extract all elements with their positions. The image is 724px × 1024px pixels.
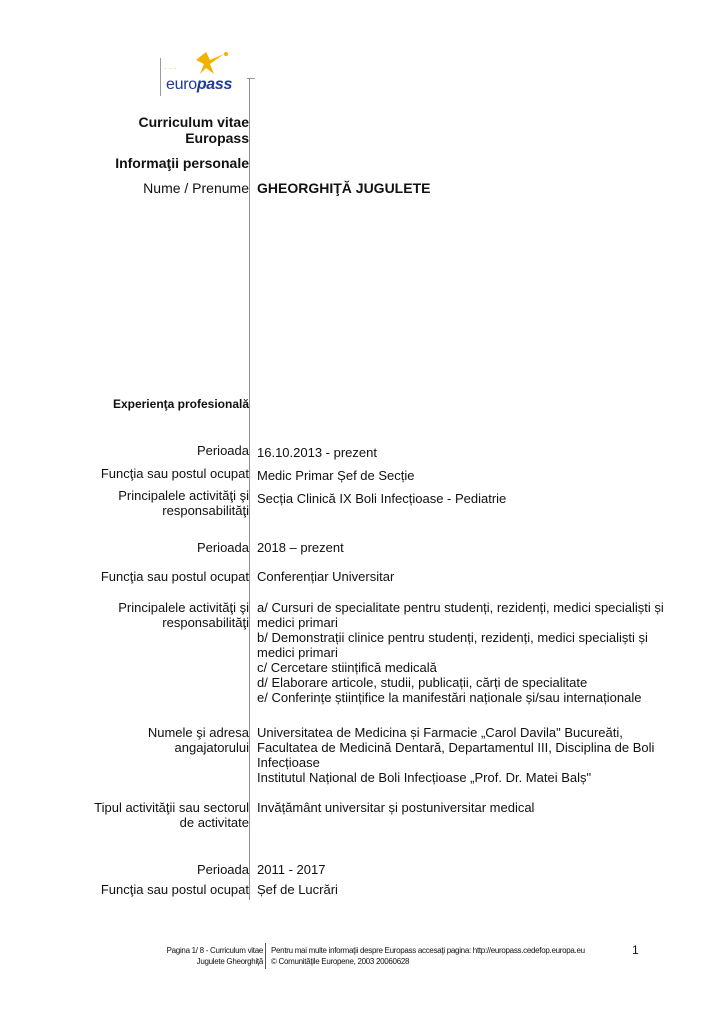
period-value: 16.10.2013 - prezent (257, 445, 687, 460)
cv-title: Curriculum vitae (139, 114, 249, 130)
europass-logo: · · · europass (160, 50, 255, 95)
position-value: Conferențiar Universitar (257, 569, 687, 584)
employer-line: Facultatea de Medicină Dentară, Departam… (257, 740, 677, 770)
logo-text: europass (166, 76, 232, 94)
activities-label: responsabilităţi (162, 503, 249, 518)
employer-label: angajatorului (175, 740, 249, 755)
sector-value: Invățământ universitar și postuniversita… (257, 800, 687, 815)
footer-divider (265, 943, 266, 969)
position-label: Funcţia sau postul ocupat (101, 569, 249, 584)
footer-europass-link: Pentru mai multe informaţii despre Europ… (271, 945, 585, 956)
period-value: 2011 - 2017 (257, 862, 687, 877)
star-figure-icon (190, 50, 230, 78)
position-label: Funcţia sau postul ocupat (101, 882, 249, 897)
stars-icon: · · · (164, 64, 176, 73)
footer-copyright: © Comunităţile Europene, 2003 20060628 (271, 956, 585, 967)
employer-line: Institutul Național de Boli Infecțioase … (257, 770, 677, 785)
period-label: Perioada (197, 540, 249, 555)
period-label: Perioada (197, 443, 249, 458)
footer-page-info: Pagina 1/ 8 - Curriculum vitae Jugulete … (167, 945, 263, 967)
employer-label: Numele şi adresa (148, 725, 249, 740)
sector-label: de activitate (180, 815, 249, 830)
footer-page-line: Pagina 1/ 8 - Curriculum vitae (167, 945, 263, 956)
activities-value: Secția Clinică IX Boli Infecțioase - Ped… (257, 491, 687, 506)
cv-title: Europass (185, 130, 249, 146)
personal-info-heading: Informaţii personale (115, 155, 249, 171)
name-label: Nume / Prenume (143, 180, 249, 196)
position-value: Medic Primar Șef de Secție (257, 468, 687, 483)
activity-item: a/ Cursuri de specialitate pentru studen… (257, 600, 677, 630)
activity-item: b/ Demonstrații clinice pentru studenți,… (257, 630, 677, 660)
employer-value: Universitatea de Medicina și Farmacie „C… (257, 725, 677, 785)
period-value: 2018 – prezent (257, 540, 687, 555)
activities-label: Principalele activităţi şi (118, 488, 249, 503)
sector-label: Tipul activităţii sau sectorul (94, 800, 249, 815)
activity-item: e/ Conferințe științifice la manifestări… (257, 690, 677, 705)
employer-line: Universitatea de Medicina și Farmacie „C… (257, 725, 677, 740)
page-number: 1 (632, 943, 639, 957)
footer-info: Pentru mai multe informaţii despre Europ… (271, 945, 585, 967)
activity-item: c/ Cercetare stiințifică medicală (257, 660, 677, 675)
position-value: Șef de Lucrări (257, 882, 687, 897)
activities-label: Principalele activităţi şi (118, 600, 249, 615)
name-value: GHEORGHIŢĂ JUGULETE (257, 180, 687, 196)
position-label: Funcţia sau postul ocupat (101, 466, 249, 481)
logo-frame (160, 58, 161, 96)
activities-label: responsabilităţi (162, 615, 249, 630)
activities-list: a/ Cursuri de specialitate pentru studen… (257, 600, 677, 705)
column-divider (249, 78, 250, 900)
footer-author-line: Jugulete Gheorghiţă (167, 956, 263, 967)
period-label: Perioada (197, 862, 249, 877)
experience-heading: Experienţa profesională (113, 397, 249, 412)
activity-item: d/ Elaborare articole, studii, publicați… (257, 675, 677, 690)
